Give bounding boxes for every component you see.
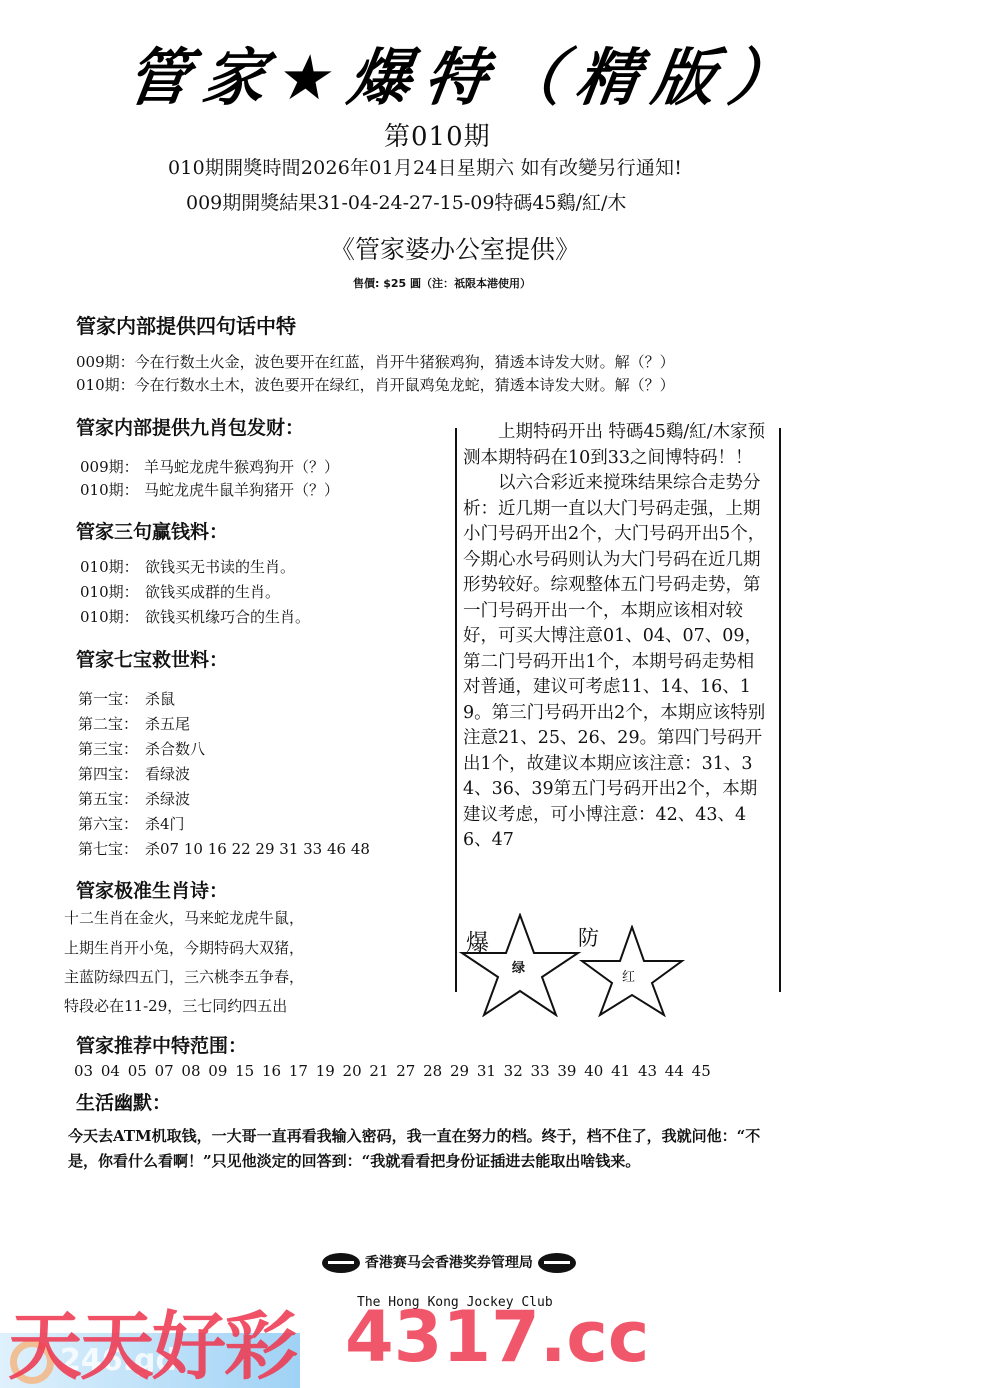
three-lines-period: 010期： bbox=[80, 606, 139, 627]
watermark-site-name: 天天好彩 bbox=[8, 1288, 296, 1388]
fang-star-text: 红 bbox=[622, 966, 635, 985]
humor-line: 是，你看什么看啊！”只见他淡定的回答到：“我就看看把身份证插进去能取出啥钱来。 bbox=[68, 1150, 640, 1171]
treasure-label: 第七宝： bbox=[78, 838, 138, 859]
last-result: 009期開獎結果31-04-24-27-15-09特碼45鷄/紅/木 bbox=[186, 188, 626, 215]
jockey-club-emblem-icon bbox=[538, 1253, 576, 1273]
office-credit: 《管家婆办公室提供》 bbox=[330, 230, 580, 266]
range-heading: 管家推荐中特范围： bbox=[76, 1031, 247, 1058]
nine-zodiac-text: 羊马蛇龙虎牛猴鸡狗开（？） bbox=[144, 456, 339, 477]
three-lines-text: 欲钱买机缘巧合的生肖。 bbox=[145, 606, 310, 627]
treasure-label: 第二宝： bbox=[78, 713, 138, 734]
poem-heading: 管家极准生肖诗： bbox=[76, 876, 228, 903]
three-lines-text: 欲钱买成群的生肖。 bbox=[145, 581, 280, 602]
treasure-text: 杀07 10 16 22 29 31 33 46 48 bbox=[145, 838, 370, 859]
treasure-text: 杀4门 bbox=[145, 813, 185, 834]
issue-number: 第010期 bbox=[384, 116, 491, 153]
four-lines-row: 009期：今在行数土火金，波色要开在红蓝，肖开牛猪猴鸡狗，猜透本诗发大财。解（？… bbox=[76, 351, 675, 372]
three-lines-heading: 管家三句赢钱料： bbox=[76, 517, 228, 544]
treasure-text: 杀合数八 bbox=[145, 738, 205, 759]
footer-org-cn: 香港赛马会香港奖券管理局 bbox=[365, 1255, 533, 1271]
nine-zodiac-heading: 管家内部提供九肖包发财： bbox=[76, 413, 304, 440]
poem-line: 主蓝防绿四五门，三六桃李五争春， bbox=[64, 966, 304, 987]
nine-zodiac-period: 010期： bbox=[80, 479, 139, 500]
three-lines-period: 010期： bbox=[80, 581, 139, 602]
nine-zodiac-period: 009期： bbox=[80, 456, 139, 477]
treasure-text: 杀鼠 bbox=[145, 688, 175, 709]
treasure-label: 第一宝： bbox=[78, 688, 138, 709]
humor-heading: 生活幽默： bbox=[76, 1088, 171, 1115]
footer-org: 香港赛马会香港奖券管理局 bbox=[322, 1252, 576, 1273]
three-lines-period: 010期： bbox=[80, 556, 139, 577]
treasure-text: 杀绿波 bbox=[145, 788, 190, 809]
nine-zodiac-text: 马蛇龙虎牛鼠羊狗猪开（？） bbox=[144, 479, 339, 500]
treasure-label: 第六宝： bbox=[78, 813, 138, 834]
poem-line: 十二生肖在金火，马来蛇龙虎牛鼠， bbox=[64, 907, 304, 928]
treasure-label: 第四宝： bbox=[78, 763, 138, 784]
analysis-text: 上期特码开出 特碼45鷄/紅/木家预测本期特码在10到33之间博特码！！ 以六合… bbox=[463, 420, 769, 854]
treasure-text: 杀五尾 bbox=[145, 713, 190, 734]
analysis-paragraph-2: 以六合彩近来搅珠结果综合走势分析：近几期一直以大门号码走强，上期小门号码开出2个… bbox=[463, 471, 769, 854]
four-lines-row: 010期：今在行数水土木，波色要开在绿红，肖开鼠鸡兔龙蛇，猜透本诗发大财。解（？… bbox=[76, 374, 675, 395]
draw-time: 010期開獎時間2026年01月24日星期六 如有改變另行通知! bbox=[168, 153, 682, 180]
range-numbers: 03 04 05 07 08 09 15 16 17 19 20 21 27 2… bbox=[74, 1062, 711, 1080]
treasure-text: 看绿波 bbox=[145, 763, 190, 784]
humor-line: 今天去ATM机取钱，一大哥一直再看我输入密码，我一直在努力的档。终于，档不住了，… bbox=[68, 1125, 760, 1146]
page-title: 管家★爆特（精版） bbox=[122, 28, 812, 117]
treasure-label: 第三宝： bbox=[78, 738, 138, 759]
treasure-label: 第五宝： bbox=[78, 788, 138, 809]
poem-line: 上期生肖开小兔，今期特码大双猪， bbox=[64, 937, 304, 958]
poem-line: 特段必在11-29，三七同约四五出 bbox=[64, 995, 287, 1016]
analysis-paragraph-1: 上期特码开出 特碼45鷄/紅/木家预测本期特码在10到33之间博特码！！ bbox=[463, 420, 769, 471]
seven-treasures-heading: 管家七宝救世料： bbox=[76, 645, 228, 672]
price-note: 售價: $25 圓（注：祇限本港使用） bbox=[353, 275, 531, 291]
jockey-club-emblem-icon bbox=[322, 1253, 360, 1273]
bao-star-text: 绿 bbox=[512, 957, 525, 976]
watermark-site-url: 4317.cc bbox=[345, 1296, 649, 1378]
four-lines-heading: 管家内部提供四句话中特 bbox=[76, 310, 296, 339]
three-lines-text: 欲钱买无书读的生肖。 bbox=[145, 556, 295, 577]
